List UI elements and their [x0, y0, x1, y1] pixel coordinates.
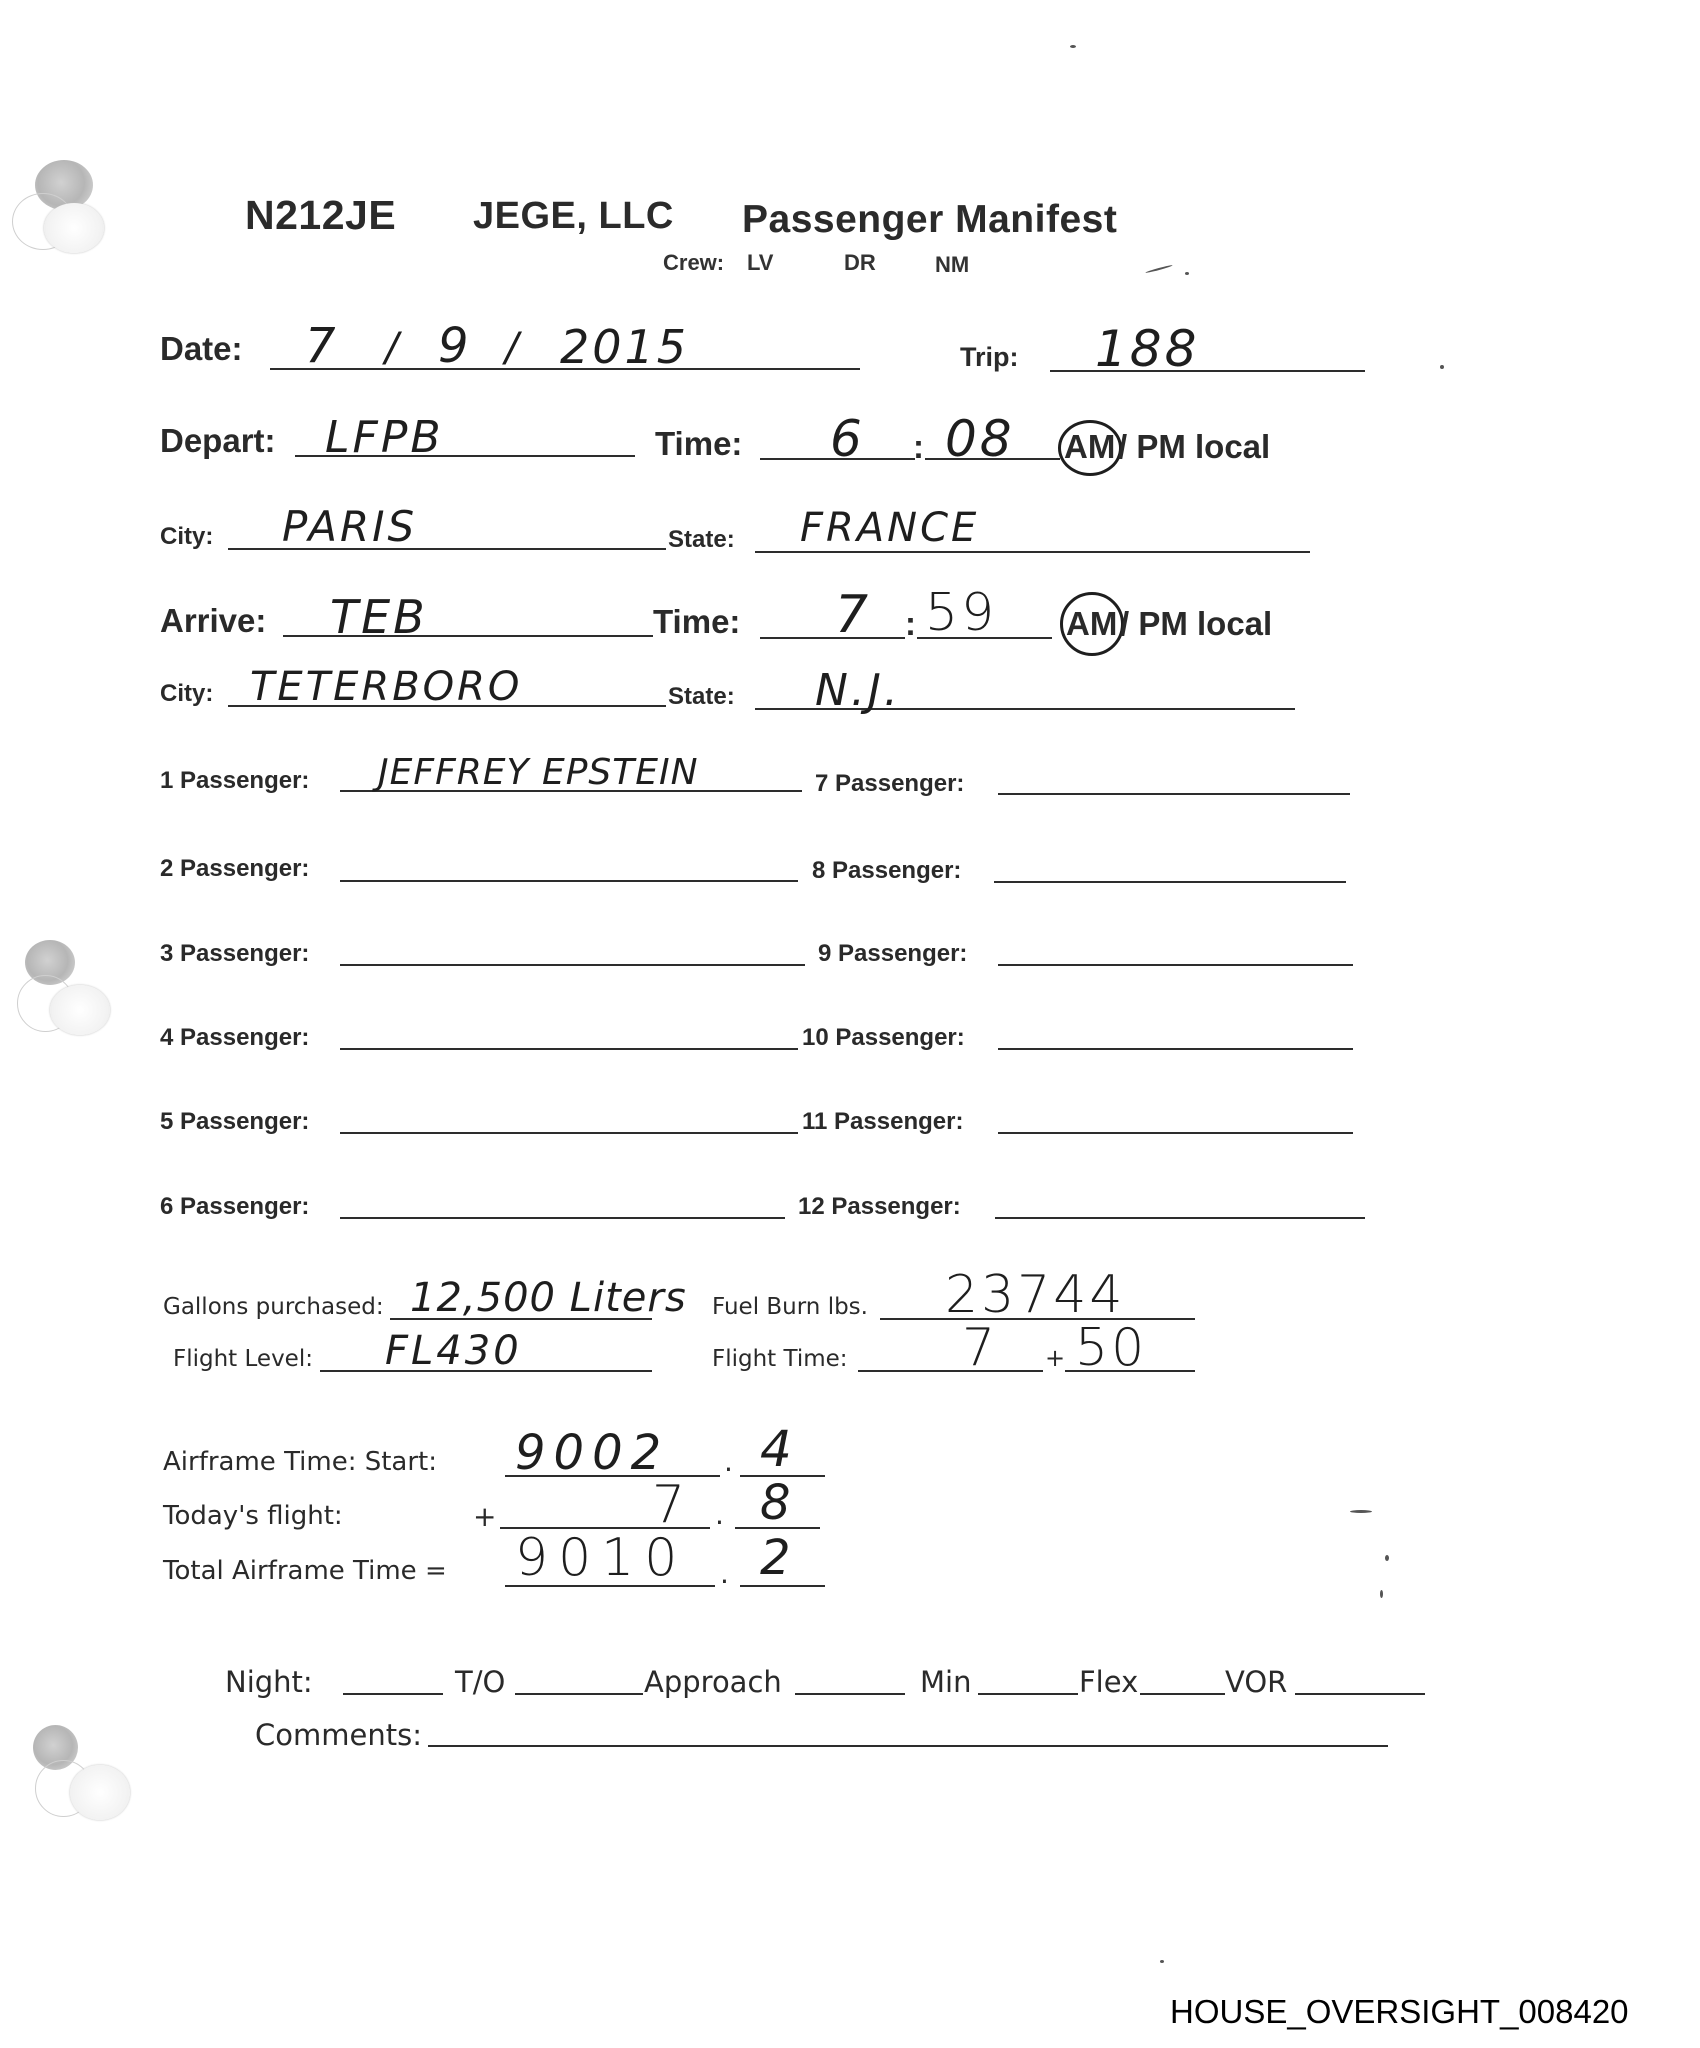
- flight-time-hours-value[interactable]: 7: [962, 1318, 998, 1378]
- flex-line[interactable]: [1140, 1693, 1225, 1695]
- flight-time-minutes-value[interactable]: 50: [1075, 1318, 1147, 1378]
- arrive-label: Arrive:: [160, 602, 266, 640]
- arrive-pm-option[interactable]: / PM local: [1120, 605, 1272, 643]
- passenger-6-label: 6 Passenger:: [160, 1193, 309, 1221]
- vor-line[interactable]: [1295, 1693, 1425, 1695]
- flight-time-label: Flight Time:: [712, 1346, 848, 1372]
- night-label: Night:: [225, 1665, 313, 1699]
- flight-time-hours-line: [858, 1370, 1043, 1372]
- scan-speck: [1185, 272, 1189, 275]
- passenger-11-label: 11 Passenger:: [802, 1108, 963, 1136]
- depart-city-value[interactable]: PARIS: [282, 502, 417, 551]
- scan-speck: [1070, 45, 1076, 48]
- passenger-12-line[interactable]: [995, 1217, 1365, 1219]
- hole-punch-middle: [15, 935, 115, 1035]
- scan-speck: [1350, 1510, 1372, 1513]
- depart-pm-option[interactable]: / PM local: [1118, 428, 1270, 466]
- crew-member-3: NM: [935, 252, 969, 278]
- crew-member-2: DR: [844, 250, 876, 276]
- arrive-airport-value[interactable]: TEB: [330, 590, 428, 644]
- scan-speck: [1145, 264, 1173, 273]
- depart-city-label: City:: [160, 523, 213, 551]
- passenger-10-label: 10 Passenger:: [802, 1024, 965, 1052]
- today-flight-tenth-value[interactable]: 8: [760, 1475, 794, 1531]
- date-separator: /: [505, 325, 521, 371]
- trip-label: Trip:: [960, 342, 1019, 373]
- hole-punch-top: [10, 155, 110, 255]
- min-label: Min: [920, 1665, 971, 1699]
- arrive-time-label: Time:: [653, 603, 740, 641]
- passenger-8-line[interactable]: [994, 881, 1346, 883]
- scan-speck: [1385, 1555, 1389, 1561]
- arrive-hour-value[interactable]: 7: [835, 585, 871, 645]
- scan-speck: [1440, 365, 1444, 369]
- date-day-value[interactable]: 9: [438, 318, 472, 374]
- depart-time-colon: :: [913, 428, 924, 466]
- today-flight-decimal: .: [715, 1498, 724, 1531]
- depart-label: Depart:: [160, 422, 276, 460]
- company-name: JEGE, LLC: [473, 195, 674, 238]
- flex-label: Flex: [1079, 1665, 1138, 1699]
- bates-number: HOUSE_OVERSIGHT_008420: [1170, 1993, 1629, 2031]
- depart-time-label: Time:: [655, 425, 742, 463]
- today-flight-whole-value[interactable]: 7: [652, 1475, 688, 1535]
- vor-label: VOR: [1225, 1665, 1287, 1699]
- approach-label: Approach: [644, 1665, 782, 1699]
- crew-label: Crew:: [663, 250, 724, 276]
- today-flight-label: Today's flight:: [163, 1501, 343, 1531]
- total-airframe-tenth-value[interactable]: 2: [760, 1530, 794, 1586]
- passenger-9-label: 9 Passenger:: [818, 940, 967, 968]
- arrive-state-value[interactable]: N.J.: [815, 665, 901, 716]
- passenger-1-value[interactable]: JEFFREY EPSTEIN: [378, 752, 699, 793]
- passenger-2-line[interactable]: [340, 880, 798, 882]
- depart-state-label: State:: [668, 526, 735, 554]
- arrive-state-label: State:: [668, 683, 735, 711]
- airframe-start-decimal: .: [724, 1445, 733, 1478]
- flight-time-plus: +: [1045, 1344, 1065, 1372]
- arrive-am-option[interactable]: AM: [1066, 605, 1117, 643]
- depart-am-option[interactable]: AM: [1064, 428, 1115, 466]
- airframe-start-tenth-value[interactable]: 4: [760, 1420, 795, 1478]
- airframe-start-label: Airframe Time: Start:: [163, 1447, 437, 1477]
- passenger-10-line[interactable]: [998, 1048, 1353, 1050]
- scan-speck: [1380, 1590, 1383, 1598]
- total-airframe-label: Total Airframe Time =: [163, 1556, 447, 1586]
- depart-airport-value[interactable]: LFPB: [325, 412, 444, 463]
- passenger-8-label: 8 Passenger:: [812, 857, 961, 885]
- passenger-12-label: 12 Passenger:: [798, 1193, 961, 1221]
- passenger-3-label: 3 Passenger:: [160, 940, 309, 968]
- trip-value[interactable]: 188: [1095, 320, 1199, 378]
- date-month-value[interactable]: 7: [305, 318, 339, 374]
- to-label: T/O: [455, 1665, 505, 1699]
- form-title: Passenger Manifest: [742, 198, 1117, 242]
- passenger-4-label: 4 Passenger:: [160, 1024, 309, 1052]
- scan-speck: [1160, 1960, 1164, 1963]
- passenger-3-line[interactable]: [340, 964, 805, 966]
- depart-state-value[interactable]: FRANCE: [800, 505, 979, 551]
- airframe-start-whole-value[interactable]: 9002: [515, 1425, 669, 1481]
- depart-minute-value[interactable]: 08: [945, 410, 1015, 468]
- today-flight-plus: +: [473, 1500, 496, 1533]
- passenger-5-label: 5 Passenger:: [160, 1108, 309, 1136]
- total-airframe-whole-value[interactable]: 9010: [515, 1528, 687, 1588]
- total-airframe-decimal: .: [720, 1557, 729, 1590]
- passenger-11-line[interactable]: [998, 1132, 1353, 1134]
- min-line[interactable]: [978, 1693, 1078, 1695]
- hole-punch-bottom: [25, 1720, 135, 1830]
- arrive-city-value[interactable]: TETERBORO: [250, 664, 522, 710]
- arrive-hour-line: [760, 637, 905, 639]
- night-line[interactable]: [343, 1693, 443, 1695]
- flight-level-value[interactable]: FL430: [385, 1328, 522, 1374]
- passenger-1-label: 1 Passenger:: [160, 767, 309, 795]
- comments-label: Comments:: [255, 1718, 422, 1752]
- arrive-city-label: City:: [160, 680, 213, 708]
- passenger-9-line[interactable]: [998, 964, 1353, 966]
- flight-level-label: Flight Level:: [173, 1346, 313, 1372]
- depart-hour-value[interactable]: 6: [830, 410, 865, 468]
- to-line[interactable]: [515, 1693, 643, 1695]
- arrive-minute-value[interactable]: 59: [925, 583, 997, 643]
- tail-number: N212JE: [245, 192, 396, 239]
- passenger-6-line[interactable]: [340, 1217, 785, 1219]
- arrive-time-colon: :: [905, 605, 916, 643]
- passenger-2-label: 2 Passenger:: [160, 855, 309, 883]
- approach-line[interactable]: [795, 1693, 905, 1695]
- passenger-7-label: 7 Passenger:: [815, 770, 964, 798]
- passenger-7-line[interactable]: [998, 793, 1350, 795]
- passenger-5-line[interactable]: [340, 1132, 798, 1134]
- fuel-burn-value[interactable]: 23744: [945, 1265, 1125, 1325]
- date-separator: /: [385, 325, 401, 371]
- date-label: Date:: [160, 330, 243, 368]
- date-year-value[interactable]: 2015: [560, 320, 689, 374]
- gallons-value[interactable]: 12,500 Liters: [410, 1275, 687, 1321]
- passenger-4-line[interactable]: [340, 1048, 798, 1050]
- gallons-label: Gallons purchased:: [163, 1294, 384, 1320]
- fuel-burn-label: Fuel Burn lbs.: [712, 1294, 868, 1320]
- comments-line[interactable]: [428, 1745, 1388, 1747]
- crew-member-1: LV: [747, 250, 773, 276]
- depart-state-line: [755, 551, 1310, 553]
